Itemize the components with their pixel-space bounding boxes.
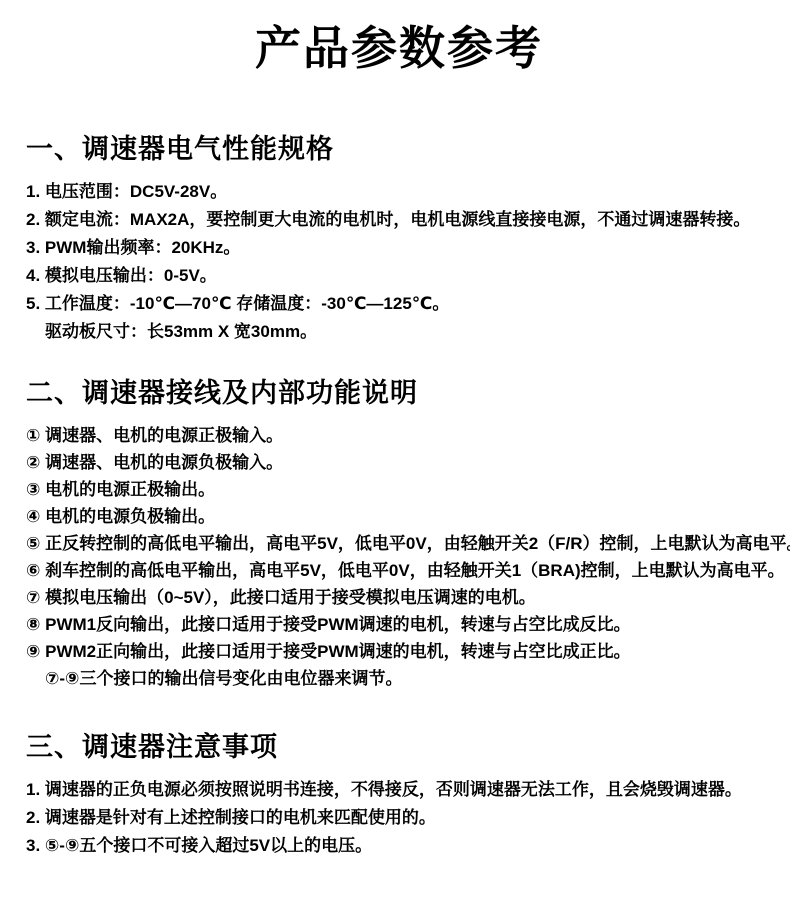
list-line: 2. 调速器是针对有上述控制接口的电机来匹配使用的。 xyxy=(26,804,772,832)
list-line: 4. 模拟电压输出：0-5V。 xyxy=(26,262,772,290)
list-line: ⑤ 正反转控制的高低电平输出，高电平5V，低电平0V，由轻触开关2（F/R）控制… xyxy=(26,530,772,557)
list-line: 2. 额定电流：MAX2A，要控制更大电流的电机时，电机电源线直接接电源，不通过… xyxy=(26,206,772,234)
section-precautions: 三、调速器注意事项 1. 调速器的正负电源必须按照说明书连接，不得接反，否则调速… xyxy=(26,730,772,860)
list-line: ⑥ 刹车控制的高低电平输出，高电平5V，低电平0V，由轻触开关1（BRA)控制，… xyxy=(26,557,772,584)
precaution-list: 1. 调速器的正负电源必须按照说明书连接，不得接反，否则调速器无法工作，且会烧毁… xyxy=(26,776,772,860)
wiring-list: ① 调速器、电机的电源正极输入。② 调速器、电机的电源负极输入。③ 电机的电源正… xyxy=(26,422,772,692)
list-line: ⑦ 模拟电压输出（0~5V），此接口适用于接受模拟电压调速的电机。 xyxy=(26,584,772,611)
list-line: ⑧ PWM1反向输出，此接口适用于接受PWM调速的电机，转速与占空比成反比。 xyxy=(26,611,772,638)
page-title: 产品参数参考 xyxy=(26,20,772,76)
list-line: ⑦-⑨三个接口的输出信号变化由电位器来调节。 xyxy=(26,665,772,692)
section-heading: 一、调速器电气性能规格 xyxy=(26,132,772,166)
list-line: 3. PWM输出频率：20KHz。 xyxy=(26,234,772,262)
list-line: ① 调速器、电机的电源正极输入。 xyxy=(26,422,772,449)
section-heading: 三、调速器注意事项 xyxy=(26,730,772,764)
spec-list: 1. 电压范围：DC5V-28V。2. 额定电流：MAX2A，要控制更大电流的电… xyxy=(26,178,772,346)
list-line: 3. ⑤-⑨五个接口不可接入超过5V以上的电压。 xyxy=(26,832,772,860)
list-line: ⑨ PWM2正向输出，此接口适用于接受PWM调速的电机，转速与占空比成正比。 xyxy=(26,638,772,665)
list-line: ④ 电机的电源负极输出。 xyxy=(26,503,772,530)
section-heading: 二、调速器接线及内部功能说明 xyxy=(26,376,772,410)
section-electrical-specs: 一、调速器电气性能规格 1. 电压范围：DC5V-28V。2. 额定电流：MAX… xyxy=(26,132,772,346)
list-line: 1. 调速器的正负电源必须按照说明书连接，不得接反，否则调速器无法工作，且会烧毁… xyxy=(26,776,772,804)
list-line: 5. 工作温度：-10℃—70℃ 存储温度：-30℃—125℃。 xyxy=(26,290,772,318)
product-spec-document: 产品参数参考 一、调速器电气性能规格 1. 电压范围：DC5V-28V。2. 额… xyxy=(0,0,790,922)
list-line: ③ 电机的电源正极输出。 xyxy=(26,476,772,503)
section-wiring-functions: 二、调速器接线及内部功能说明 ① 调速器、电机的电源正极输入。② 调速器、电机的… xyxy=(26,376,772,692)
list-line: ② 调速器、电机的电源负极输入。 xyxy=(26,449,772,476)
list-line: 1. 电压范围：DC5V-28V。 xyxy=(26,178,772,206)
list-line: 驱动板尺寸：长53mm X 宽30mm。 xyxy=(26,318,772,346)
